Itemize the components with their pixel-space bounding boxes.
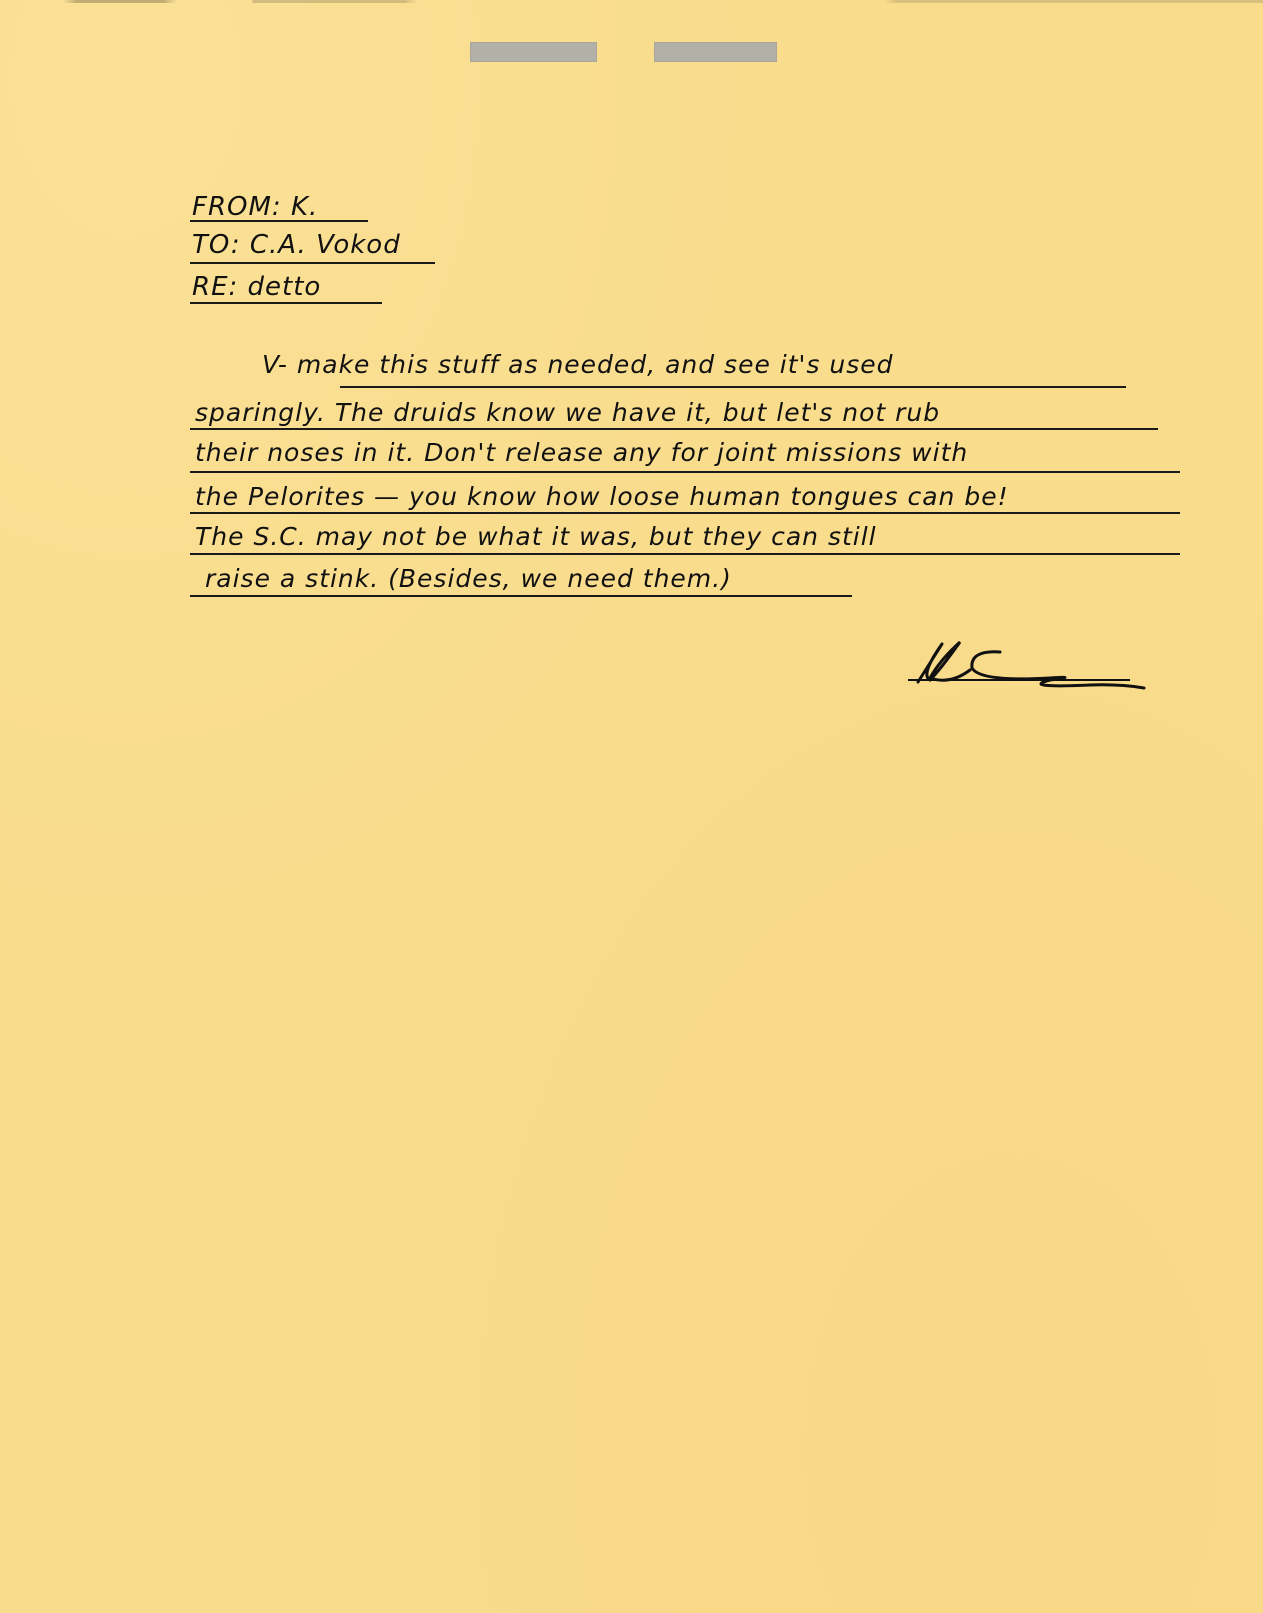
signature-scrawl: [900, 630, 1150, 690]
rule-line: [190, 220, 368, 222]
rule-line: [190, 512, 1180, 514]
rule-line: [190, 471, 1180, 473]
redaction-block: [654, 42, 777, 62]
from-line: FROM: K.: [192, 192, 318, 222]
re-line: RE: detto: [192, 272, 321, 302]
rule-line: [340, 386, 1126, 388]
body-line: their noses in it. Don't release any for…: [195, 438, 968, 467]
paper-background: [0, 0, 1263, 1613]
body-line: sparingly. The druids know we have it, b…: [195, 398, 940, 427]
rule-line: [190, 553, 1180, 555]
body-line: the Pelorites — you know how loose human…: [195, 482, 1009, 511]
body-line: V- make this stuff as needed, and see it…: [262, 350, 894, 379]
rule-line: [190, 302, 382, 304]
body-line: raise a stink. (Besides, we need them.): [205, 564, 732, 593]
to-line: TO: C.A. Vokod: [192, 230, 401, 260]
rule-line: [190, 428, 1158, 430]
rule-line: [190, 595, 852, 597]
body-line: The S.C. may not be what it was, but the…: [195, 522, 877, 551]
rule-line: [190, 262, 435, 264]
redaction-block: [470, 42, 597, 62]
scan-top-edge: [0, 0, 1263, 3]
